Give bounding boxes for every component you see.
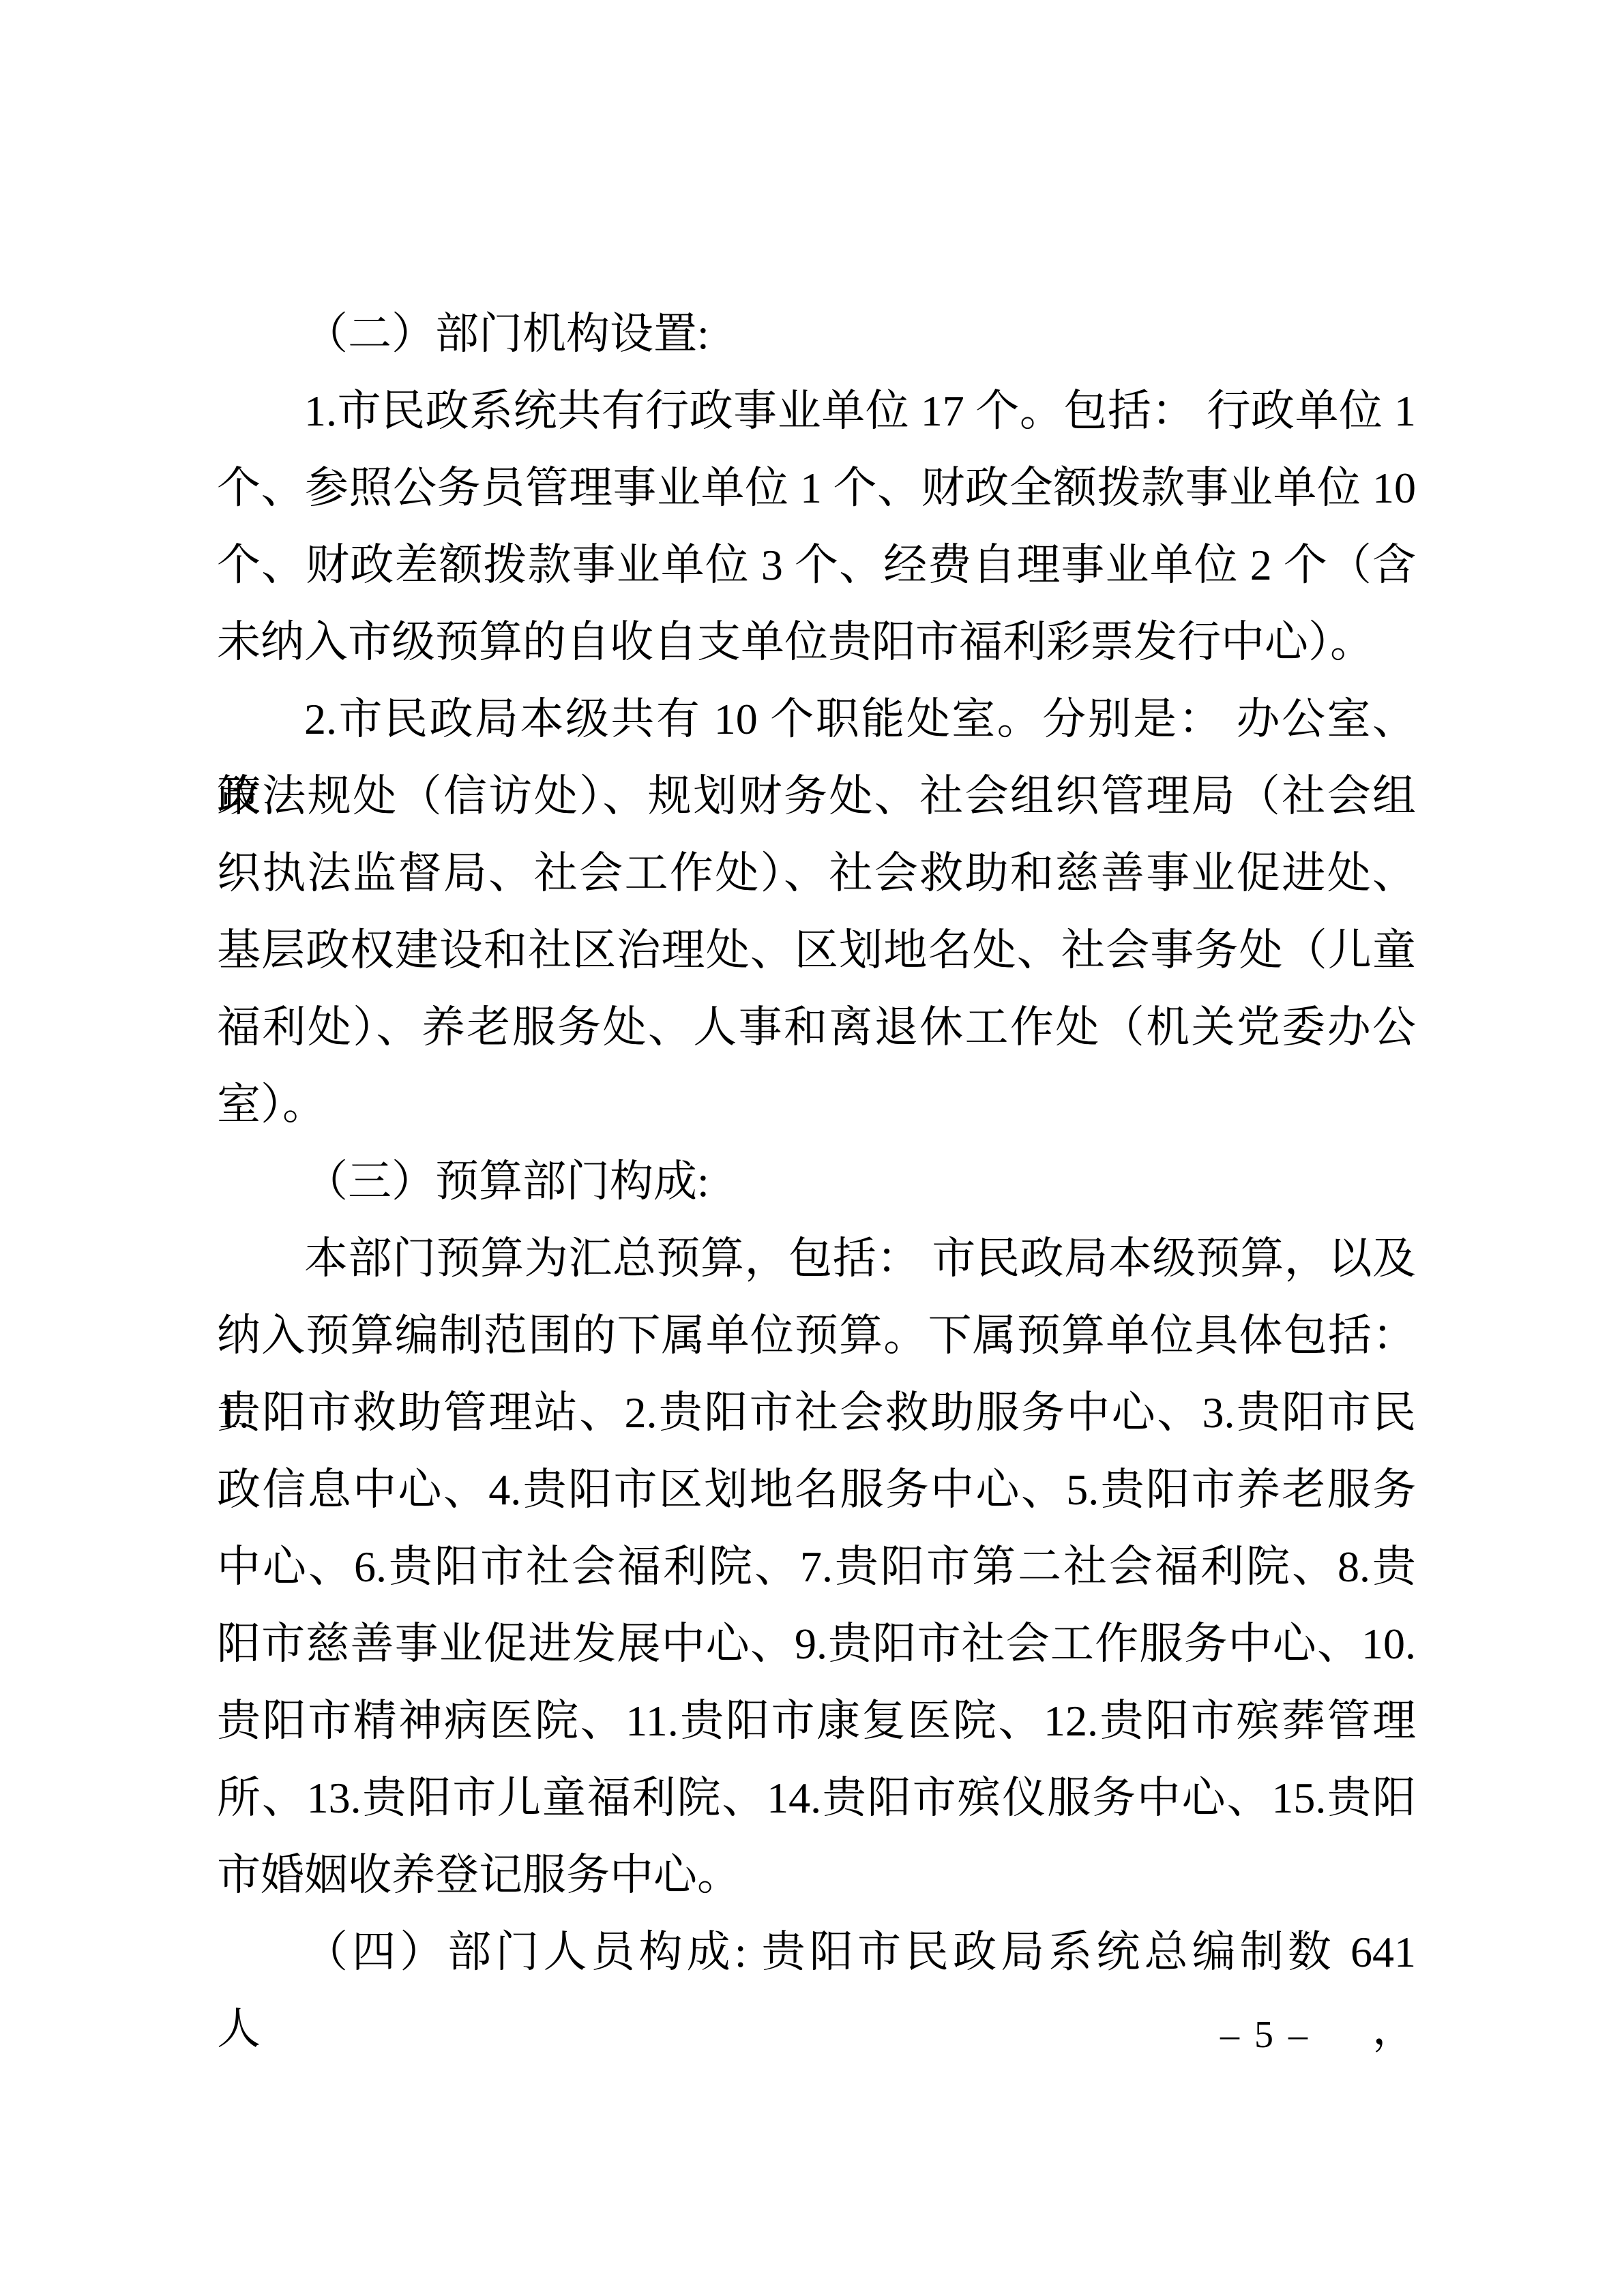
para-4-line-0: 本部门预算为汇总预算，包括： 市民政局本级预算，以及 — [217, 1220, 1416, 1297]
para-2-line-3: 基层政权建设和社区治理处、区划地名处、社会事务处（儿童 — [217, 912, 1416, 989]
heading-section-2: （二）部门机构设置: — [217, 295, 1416, 372]
para-2-line-1: 策法规处（信访处）、规划财务处、社会组织管理局（社会组 — [217, 758, 1416, 835]
para-1-line-2: 个、财政差额拨款事业单位 3 个、经费自理事业单位 2 个（含 — [217, 526, 1416, 603]
para-1-line-0: 1.市民政系统共有行政事业单位 17 个。包括： 行政单位 1 — [217, 372, 1416, 449]
para-4-line-6: 贵阳市精神病医院、11.贵阳市康复医院、12.贵阳市殡葬管理 — [217, 1682, 1416, 1759]
para-4-line-8: 市婚姻收养登记服务中心。 — [217, 1836, 1416, 1913]
para-1-line-1: 个、参照公务员管理事业单位 1 个、财政全额拨款事业单位 10 — [217, 449, 1416, 526]
page-number: – 5 – — [1207, 2013, 1323, 2057]
para-4-line-1: 纳入预算编制范围的下属单位预算。下属预算单位具体包括：1. — [217, 1297, 1416, 1374]
para-2-line-2: 织执法监督局、社会工作处）、社会救助和慈善事业促进处、 — [217, 835, 1416, 912]
document-text-block: （二）部门机构设置: 1.市民政系统共有行政事业单位 17 个。包括： 行政单位… — [217, 295, 1416, 1991]
para-2-line-0: 2.市民政局本级共有 10 个职能处室。分别是： 办公室、政 — [217, 681, 1416, 758]
para-4-line-5: 阳市慈善事业促进发展中心、9.贵阳市社会工作服务中心、10. — [217, 1605, 1416, 1682]
para-4-line-3: 政信息中心、4.贵阳市区划地名服务中心、5.贵阳市养老服务 — [217, 1451, 1416, 1528]
para-2-line-5: 室）。 — [217, 1066, 1416, 1143]
heading-section-3: （三）预算部门构成: — [217, 1143, 1416, 1220]
para-1-line-3: 未纳入市级预算的自收自支单位贵阳市福利彩票发行中心）。 — [217, 603, 1416, 681]
para-4-line-2: 贵阳市救助管理站、2.贵阳市社会救助服务中心、3.贵阳市民 — [217, 1374, 1416, 1451]
document-page: （二）部门机构设置: 1.市民政系统共有行政事业单位 17 个。包括： 行政单位… — [0, 0, 1624, 2296]
para-5-line-0: （四）部门人员构成: 贵阳市民政局系统总编制数 641 人， — [217, 1913, 1416, 1991]
para-4-line-4: 中心、6.贵阳市社会福利院、7.贵阳市第二社会福利院、8.贵 — [217, 1528, 1416, 1605]
para-4-line-7: 所、13.贵阳市儿童福利院、14.贵阳市殡仪服务中心、15.贵阳 — [217, 1759, 1416, 1836]
para-2-line-4: 福利处）、养老服务处、人事和离退休工作处（机关党委办公 — [217, 989, 1416, 1066]
